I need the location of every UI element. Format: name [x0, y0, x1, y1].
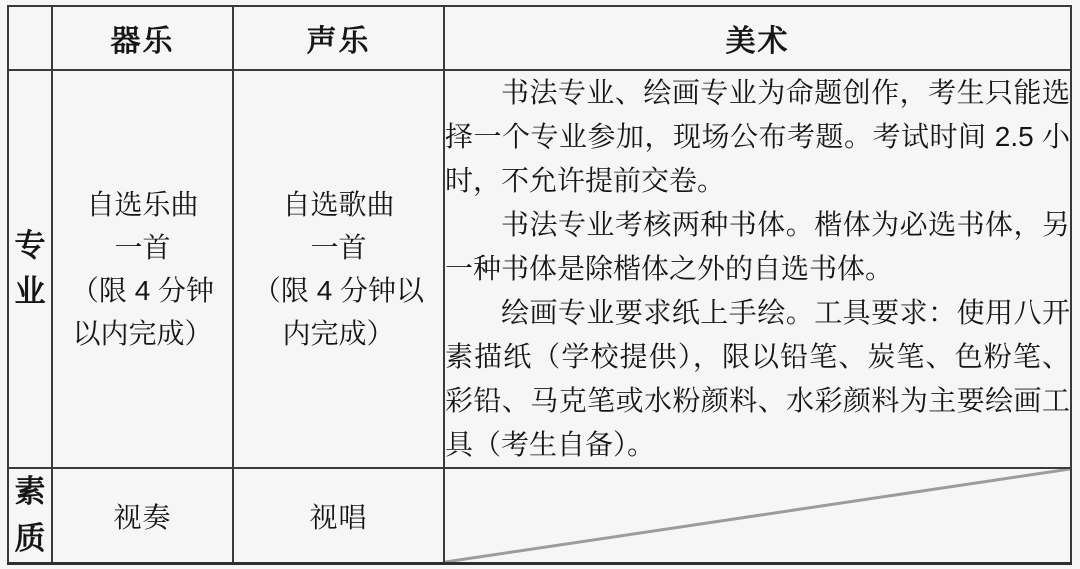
row-label-quality: 素质: [8, 468, 52, 564]
vocal-line: 自选歌曲: [234, 183, 443, 226]
instrumental-line: 一首: [53, 226, 232, 269]
header-vocal: 声乐: [233, 6, 444, 70]
table-header-row: 器乐 声乐 美术: [8, 6, 1071, 70]
instrumental-line: 以内完成）: [53, 312, 232, 355]
art-paragraph: 书法专业考核两种书体。楷体为必选书体，另一种书体是除楷体之外的自选书体。: [445, 203, 1070, 291]
row-major: 专业 自选乐曲 一首 （限 4 分钟 以内完成） 自选歌曲 一首 （限 4 分钟…: [8, 70, 1071, 468]
vocal-line: 一首: [234, 226, 443, 269]
cell-major-art: 书法专业、绘画专业为命题创作，考生只能选择一个专业参加，现场公布考题。考试时间 …: [444, 70, 1071, 468]
row-quality: 素质 视奏 视唱: [8, 468, 1071, 564]
cell-quality-art-empty: [444, 468, 1071, 564]
vocal-line: 内完成）: [234, 312, 443, 355]
instrumental-line: 自选乐曲: [53, 183, 232, 226]
header-art: 美术: [444, 6, 1071, 70]
art-paragraph: 书法专业、绘画专业为命题创作，考生只能选择一个专业参加，现场公布考题。考试时间 …: [445, 71, 1070, 203]
diagonal-slash-line: [445, 469, 1070, 562]
cell-major-vocal: 自选歌曲 一首 （限 4 分钟以 内完成）: [233, 70, 444, 468]
header-instrumental: 器乐: [52, 6, 233, 70]
header-corner-cell: [8, 6, 52, 70]
page: 器乐 声乐 美术 专业 自选乐曲 一首 （限 4 分钟 以内完成） 自选歌曲 一…: [0, 0, 1080, 569]
requirements-table: 器乐 声乐 美术 专业 自选乐曲 一首 （限 4 分钟 以内完成） 自选歌曲 一…: [7, 5, 1072, 565]
vocal-line: （限 4 分钟以: [234, 269, 443, 312]
cell-quality-instrumental: 视奏: [52, 468, 233, 564]
cell-quality-vocal: 视唱: [233, 468, 444, 564]
cell-major-instrumental: 自选乐曲 一首 （限 4 分钟 以内完成）: [52, 70, 233, 468]
art-paragraph: 绘画专业要求纸上手绘。工具要求：使用八开素描纸（学校提供），限以铅笔、炭笔、色粉…: [445, 291, 1070, 467]
row-label-major: 专业: [8, 70, 52, 468]
instrumental-line: （限 4 分钟: [53, 269, 232, 312]
